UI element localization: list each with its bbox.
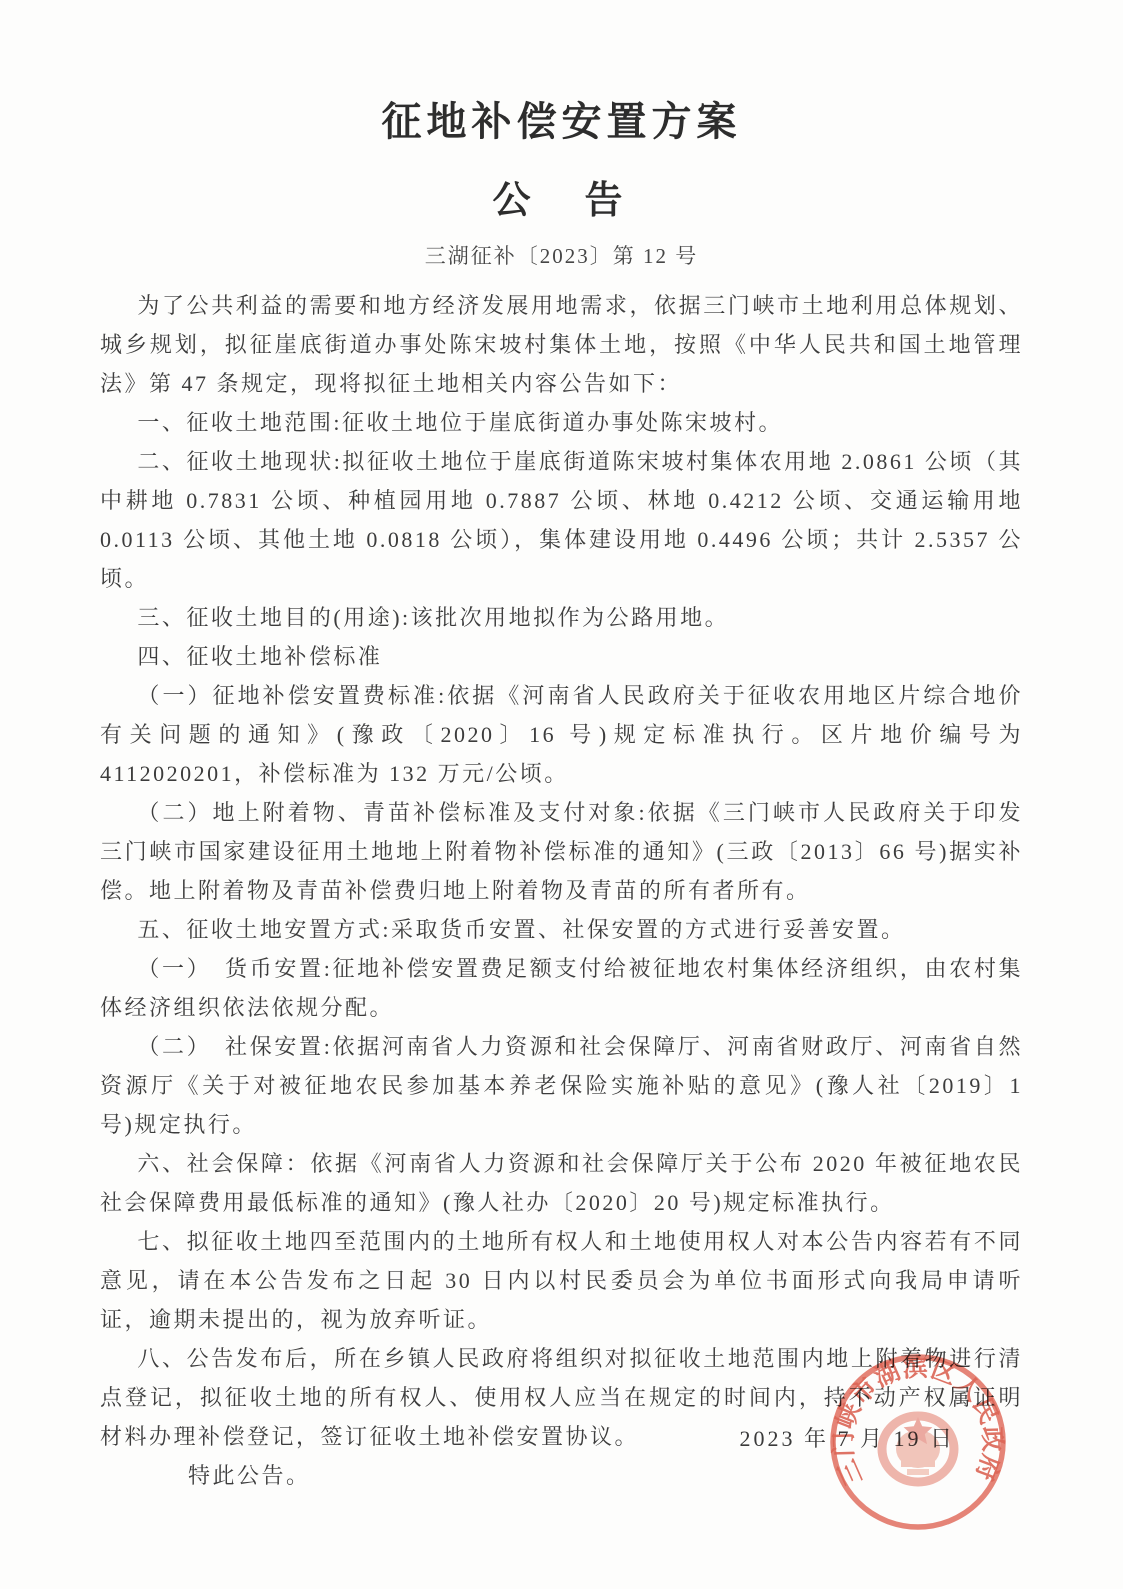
paragraph: 六、社会保障：依据《河南省人力资源和社会保障厅关于公布 2020 年被征地农民社…: [100, 1144, 1023, 1222]
paragraph: （二） 社保安置:依据河南省人力资源和社会保障厅、河南省财政厅、河南省自然资源厅…: [100, 1027, 1023, 1144]
paragraph: （一） 货币安置:征地补偿安置费足额支付给被征地农村集体经济组织，由农村集体经济…: [100, 949, 1023, 1027]
paragraph: （二）地上附着物、青苗补偿标准及支付对象:依据《三门峡市人民政府关于印发三门峡市…: [100, 793, 1023, 910]
paragraph: 为了公共利益的需要和地方经济发展用地需求，依据三门峡市土地利用总体规划、城乡规划…: [100, 286, 1023, 403]
document-title: 征地补偿安置方案: [0, 0, 1123, 147]
document-header: 征地补偿安置方案 公 告 三湖征补〔2023〕第 12 号: [0, 0, 1123, 270]
paragraph: 二、征收土地现状:拟征收土地位于崖底街道陈宋坡村集体农用地 2.0861 公顷（…: [100, 442, 1023, 598]
document-body: 为了公共利益的需要和地方经济发展用地需求，依据三门峡市土地利用总体规划、城乡规划…: [100, 286, 1023, 1456]
paragraph: 七、拟征收土地四至范围内的土地所有权人和土地使用权人对本公告内容若有不同意见，请…: [100, 1222, 1023, 1339]
paragraph: 三、征收土地目的(用途):该批次用地拟作为公路用地。: [100, 598, 1023, 637]
paragraph: （一）征地补偿安置费标准:依据《河南省人民政府关于征收农用地区片综合地价有关问题…: [100, 676, 1023, 793]
official-seal: 三门峡市湖滨区人民政府: [823, 1347, 1013, 1537]
paragraph: 一、征收土地范围:征收土地位于崖底街道办事处陈宋坡村。: [100, 403, 1023, 442]
document-subtitle: 公 告: [0, 169, 1123, 224]
seal-emblem: [882, 1416, 954, 1482]
scanned-document-page: 征地补偿安置方案 公 告 三湖征补〔2023〕第 12 号 为了公共利益的需要和…: [0, 0, 1123, 1589]
paragraph: 五、征收土地安置方式:采取货币安置、社保安置的方式进行妥善安置。: [100, 910, 1023, 949]
document-number: 三湖征补〔2023〕第 12 号: [0, 240, 1123, 270]
paragraph: 四、征收土地补偿标准: [100, 637, 1023, 676]
